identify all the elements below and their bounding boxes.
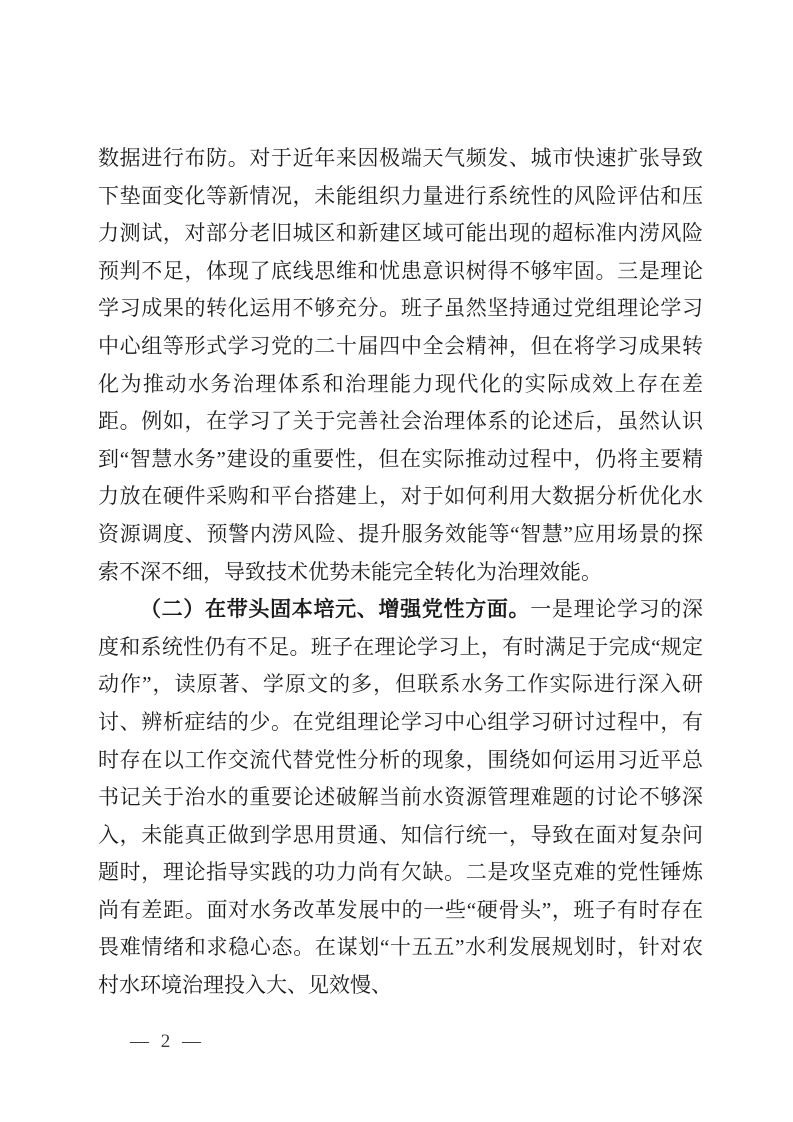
document-body: 数据进行布防。对于近年来因极端天气频发、城市快速扩张导致下垫面变化等新情况，未能… bbox=[98, 140, 703, 1005]
paragraph-section-2: （二）在带头固本培元、增强党性方面。一是理论学习的深度和系统性仍有不足。班子在理… bbox=[98, 591, 703, 1005]
paragraph-text: 一是理论学习的深度和系统性仍有不足。班子在理论学习上，有时满足于完成“规定动作”… bbox=[98, 597, 703, 997]
section-heading: （二）在带头固本培元、增强党性方面。 bbox=[140, 597, 530, 621]
paragraph-continuation: 数据进行布防。对于近年来因极端天气频发、城市快速扩张导致下垫面变化等新情况，未能… bbox=[98, 140, 703, 591]
paragraph-text: 数据进行布防。对于近年来因极端天气频发、城市快速扩张导致下垫面变化等新情况，未能… bbox=[98, 146, 703, 584]
page-number: — 2 — bbox=[130, 1030, 201, 1054]
document-page: 数据进行布防。对于近年来因极端天气频发、城市快速扩张导致下垫面变化等新情况，未能… bbox=[0, 0, 793, 1122]
